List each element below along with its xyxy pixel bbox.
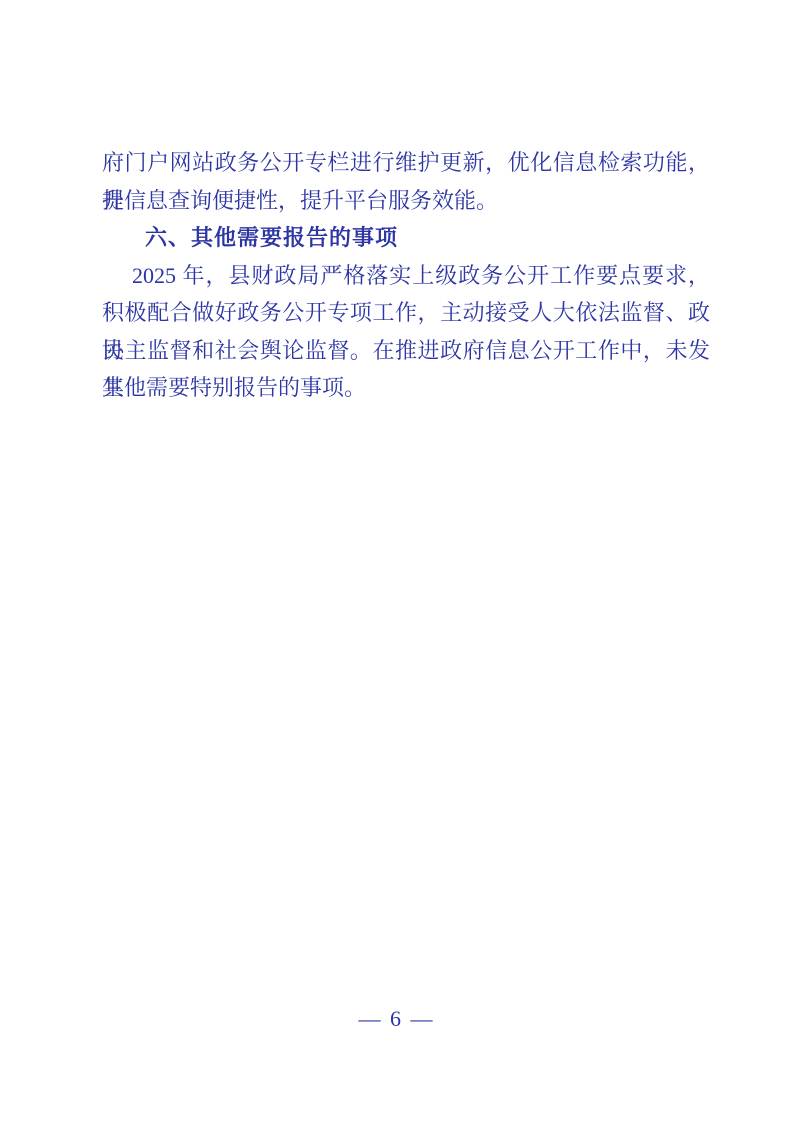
section-heading: 六、其他需要报告的事项: [102, 219, 710, 257]
paragraph-continuation-line-2: 升信息查询便捷性，提升平台服务效能。: [102, 182, 710, 220]
paragraph-body-line-3: 民主监督和社会舆论监督。在推进政府信息公开工作中，未发生: [102, 332, 710, 370]
paragraph-body-line-2: 积极配合做好政务公开专项工作，主动接受人大依法监督、政协: [102, 294, 710, 332]
page-number: — 6 —: [0, 1006, 793, 1032]
paragraph-body-line-1: 2025 年，县财政局严格落实上级政务公开工作要点要求，: [102, 257, 710, 295]
document-page: 府门户网站政务公开专栏进行维护更新，优化信息检索功能，提 升信息查询便捷性，提升…: [0, 0, 793, 1122]
paragraph-continuation-line-1: 府门户网站政务公开专栏进行维护更新，优化信息检索功能，提: [102, 144, 710, 182]
paragraph-body-line-4: 其他需要特别报告的事项。: [102, 369, 710, 407]
document-content: 府门户网站政务公开专栏进行维护更新，优化信息检索功能，提 升信息查询便捷性，提升…: [102, 144, 710, 407]
